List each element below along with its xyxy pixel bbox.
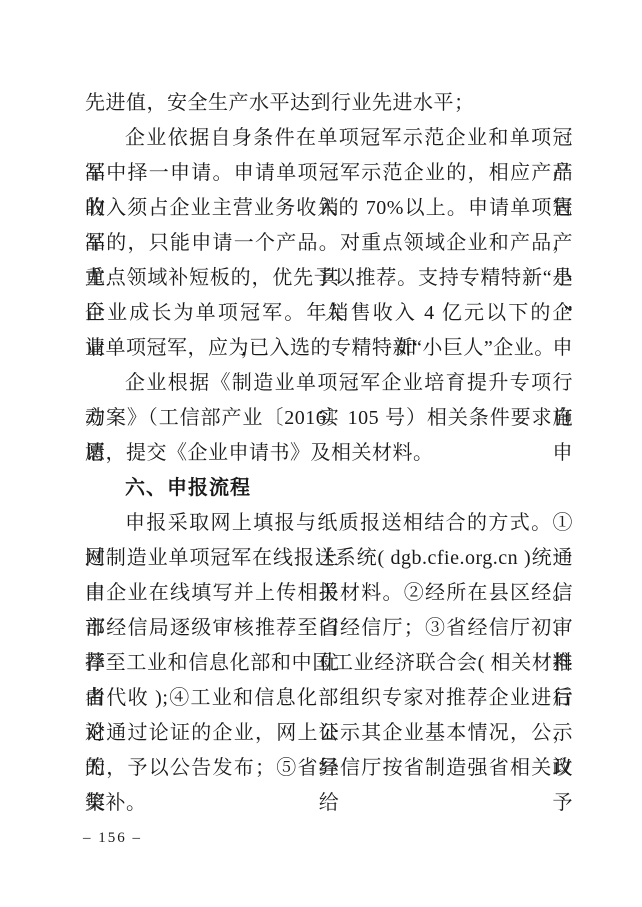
text-line: 过制造业单项冠军在线报送系统( dgb.cfie.org.cn )统一申报。 — [85, 541, 573, 576]
page-number: – 156 – — [83, 828, 142, 848]
text-line: 先进值，安全生产水平达到行业先进水平； — [85, 86, 573, 121]
text-line: 的，予以公告发布；⑤省经信厅按省制造强省相关政策给予 — [85, 751, 573, 786]
text-line: 由企业在线填写并上传相关材料。②经所在县区经信部门、 — [85, 576, 573, 611]
text-line: 对通过论证的企业，网上公示其企业基本情况，公示无异议 — [85, 716, 573, 751]
text-line: 者代收 );④工业和信息化部组织专家对推荐企业进行论证， — [85, 681, 573, 716]
text-line: 请单项冠军，应为已入选的专精特新“小巨人”企业。 — [85, 331, 573, 366]
text-line: 方案》（工信部产业〔2016〕105 号）相关条件要求自愿申 — [85, 401, 573, 436]
text-line: 品中择一申请。申请单项冠军示范企业的，相应产品的销售 — [85, 156, 573, 191]
text-line: 收入须占企业主营业务收入的 70%以上。申请单项冠军产 — [85, 191, 573, 226]
text-line: 市经信局逐级审核推荐至省经信厅；③省经信厅初审择优推 — [85, 611, 573, 646]
text-line: 企业根据《制造业单项冠军企业培育提升专项行动实施 — [85, 366, 573, 401]
text-line: 品的，只能申请一个产品。对重点领域企业和产品，尤其是 — [85, 226, 573, 261]
text-line: 重点领域补短板的，优先予以推荐。支持专精特新“小巨人” — [85, 261, 573, 296]
section-heading: 六、申报流程 — [85, 471, 573, 506]
text-line: 荐至工业和信息化部和中国工业经济联合会( 相关材料由后 — [85, 646, 573, 681]
document-body: 先进值，安全生产水平达到行业先进水平； 企业依据自身条件在单项冠军示范企业和单项… — [85, 86, 573, 821]
text-line: 申报采取网上填报与纸质报送相结合的方式。①网上通 — [85, 506, 573, 541]
text-line: 企业依据自身条件在单项冠军示范企业和单项冠军产 — [85, 121, 573, 156]
document-page: 先进值，安全生产水平达到行业先进水平； 企业依据自身条件在单项冠军示范企业和单项… — [0, 0, 642, 907]
text-line: 企业成长为单项冠军。年销售收入 4 亿元以下的企业，如申 — [85, 296, 573, 331]
